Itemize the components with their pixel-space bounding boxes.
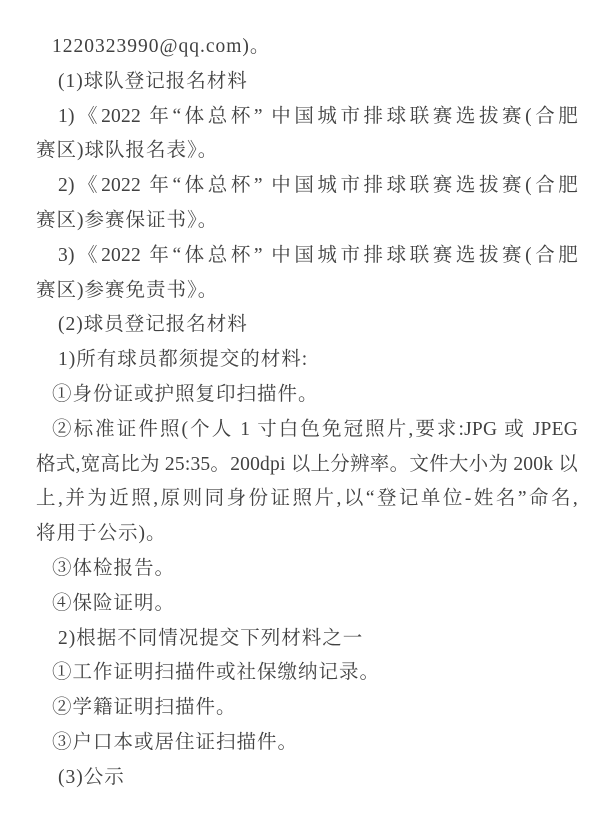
doc-line-circled-3: ③体检报告。	[36, 552, 578, 587]
doc-line-item-3-continuation: 赛区)参赛免责书》。	[36, 274, 578, 309]
doc-line-email-continuation: 1220323990@qq.com)。	[36, 30, 578, 65]
doc-line-item-1: 1)《2022 年“体总杯” 中国城市排球联赛选拔赛(合肥	[36, 100, 578, 135]
doc-line-circled-2-continuation-3: 将用于公示)。	[36, 517, 578, 552]
document-page: 1220323990@qq.com)。 (1)球队登记报名材料 1)《2022 …	[0, 0, 600, 830]
doc-line-circled-1: ①身份证或护照复印扫描件。	[36, 378, 578, 413]
doc-line-item-3: 3)《2022 年“体总杯” 中国城市排球联赛选拔赛(合肥	[36, 239, 578, 274]
doc-line-sub2-circled-2: ②学籍证明扫描件。	[36, 691, 578, 726]
doc-line-section-3-heading: (3)公示	[36, 761, 578, 796]
document-body: 1220323990@qq.com)。 (1)球队登记报名材料 1)《2022 …	[36, 30, 578, 796]
doc-line-circled-2-continuation-1: 格式,宽高比为 25:35。200dpi 以上分辨率。文件大小为 200k 以	[36, 448, 578, 483]
doc-line-sub-1-heading: 1)所有球员都须提交的材料:	[36, 343, 578, 378]
doc-line-circled-2: ②标准证件照(个人 1 寸白色免冠照片,要求:JPG 或 JPEG	[36, 413, 578, 448]
doc-line-item-1-continuation: 赛区)球队报名表》。	[36, 134, 578, 169]
doc-line-item-2: 2)《2022 年“体总杯” 中国城市排球联赛选拔赛(合肥	[36, 169, 578, 204]
doc-line-circled-2-continuation-2: 上,并为近照,原则同身份证照片,以“登记单位-姓名”命名,	[36, 482, 578, 517]
doc-line-section-1-heading: (1)球队登记报名材料	[36, 65, 578, 100]
doc-line-sub2-circled-1: ①工作证明扫描件或社保缴纳记录。	[36, 656, 578, 691]
doc-line-item-2-continuation: 赛区)参赛保证书》。	[36, 204, 578, 239]
doc-line-circled-4: ④保险证明。	[36, 587, 578, 622]
doc-line-section-2-heading: (2)球员登记报名材料	[36, 308, 578, 343]
doc-line-sub-2-heading: 2)根据不同情况提交下列材料之一	[36, 622, 578, 657]
doc-line-sub2-circled-3: ③户口本或居住证扫描件。	[36, 726, 578, 761]
